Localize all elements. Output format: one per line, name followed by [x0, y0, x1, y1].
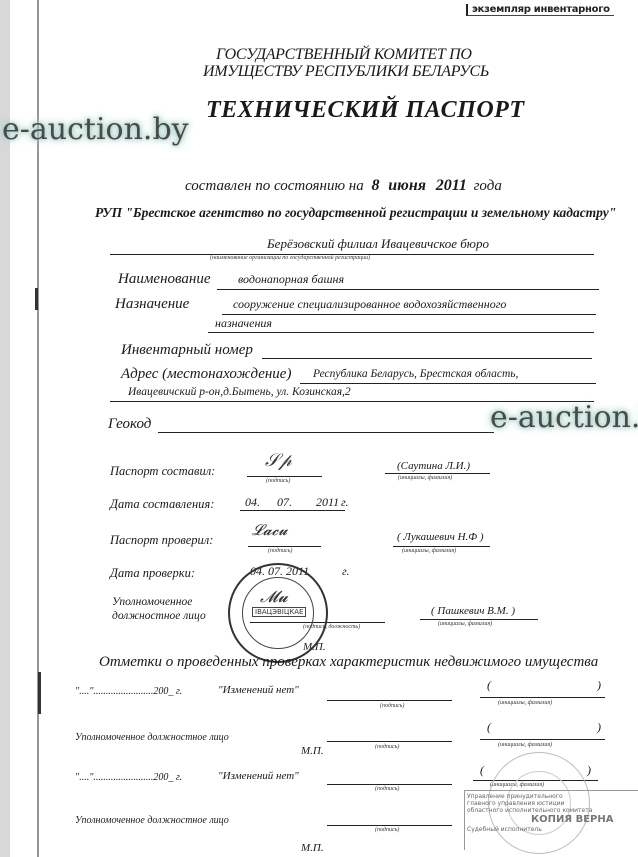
check-row-note: "Изменений нет" [218, 684, 299, 696]
name-underline [217, 289, 599, 290]
geocode-field [158, 432, 494, 433]
authorized-label-line1: Уполномоченное [112, 596, 192, 608]
check-row-name-caption: (инициалы, фамилия) [498, 700, 552, 706]
checked-by-name-caption: (инициалы, фамилия) [402, 548, 456, 554]
binding-mark [35, 288, 38, 310]
address-value-line1: Республика Беларусь, Брестская область, [313, 368, 518, 380]
checked-by-label: Паспорт проверил: [110, 533, 213, 548]
copy-certified-stamp: Управление принудительного главного упра… [464, 790, 638, 850]
document-title: ТЕХНИЧЕСКИЙ ПАСПОРТ [206, 97, 525, 124]
check-row-authorized-label: Уполномоченное должностное лицо [75, 815, 229, 826]
compiled-by-sig-line [247, 476, 322, 477]
address-underline-1 [300, 383, 596, 384]
geocode-label: Геокод [108, 416, 151, 433]
committee-line-2: ИМУЩЕСТВУ РЕСПУБЛИКИ БЕЛАРУСЬ [203, 63, 489, 81]
purpose-value-line1: сооружение специализированное водохозяйс… [233, 297, 506, 312]
check-row-name-line [480, 739, 605, 740]
open-paren: ( [487, 720, 491, 735]
inventory-number-field [262, 358, 592, 359]
checked-by-sig-caption: (подпись) [268, 548, 292, 554]
corner-stamp-line2: главного управления юстиции [467, 800, 638, 807]
watermark-logo: e-auction.by [2, 112, 189, 147]
compiled-date-month: 07. [277, 495, 292, 510]
check-row-sig-caption: (подпись) [375, 786, 399, 792]
check-date-label: Дата проверки: [110, 566, 195, 581]
inventory-copy-stamp: экземпляр инвентарного [466, 4, 614, 16]
checks-section-title: Отметки о проведенных проверках характер… [99, 654, 598, 671]
binding-mark [38, 672, 41, 714]
checked-by-sig-line [248, 546, 321, 547]
inventory-number-label: Инвентарный номер [121, 342, 253, 359]
compiled-day: 8 [372, 177, 380, 194]
close-paren: ) [587, 763, 591, 778]
purpose-underline-2 [208, 332, 594, 333]
purpose-label: Назначение [115, 296, 189, 313]
compiled-month: июня [388, 177, 426, 194]
seal-center-text: ІВАЦЭВІЦКАЕ [252, 607, 306, 617]
compiled-by-signature: 𝒮𝓅 [265, 450, 292, 471]
purpose-underline-1 [222, 314, 596, 315]
compiled-by-label: Паспорт составил: [110, 464, 215, 479]
check-row-seal-mark: М.П. [301, 842, 324, 854]
compiled-by-name-caption: (инициалы, фамилия) [398, 475, 452, 481]
corner-stamp-copy-verified: КОПИЯ ВЕРНА [531, 814, 638, 826]
address-label: Адрес (местонахождение) [121, 366, 291, 383]
close-paren: ) [597, 720, 601, 735]
check-row-note: "Изменений нет" [218, 770, 299, 782]
check-row-sig-line [327, 825, 452, 826]
authorized-name-line [420, 619, 538, 620]
compiled-date-day: 04. [245, 495, 260, 510]
corner-stamp-line5: Судебный исполнитель [467, 826, 638, 833]
open-paren: ( [480, 763, 484, 778]
compiled-date-line [240, 510, 345, 511]
check-row-seal-mark: М.П. [301, 745, 324, 757]
check-row-name-caption: (инициалы, фамилия) [498, 742, 552, 748]
name-label: Наименование [118, 271, 211, 288]
branch-value: Берёзовский филиал Ивацевичское бюро [267, 236, 489, 252]
checked-by-name-line [393, 546, 490, 547]
official-seal: ІВАЦЭВІЦКАЕ 𝓜𝓾 [228, 563, 328, 663]
check-row-date: "...."........................200_ г. [75, 686, 182, 697]
authorized-name-caption: (инициалы, фамилия) [438, 621, 492, 627]
corner-stamp-line1: Управление принудительного [467, 793, 638, 800]
watermark-logo: e-auction.by [490, 400, 638, 435]
checked-by-name: ( Лукашевич Н.Ф ) [397, 531, 484, 543]
check-date-suffix: г. [342, 564, 350, 579]
compiled-year: 2011 [436, 177, 467, 194]
address-value-line2: Ивацевичский р-он,д.Бытень, ул. Козинска… [128, 386, 351, 398]
check-row-sig-line [327, 700, 452, 701]
close-paren: ) [597, 678, 601, 693]
corner-stamp-line3: областного исполнительного комитета [467, 807, 638, 814]
check-row-sig-caption: (подпись) [375, 827, 399, 833]
seal-signature: 𝓜𝓾 [260, 587, 288, 607]
compiled-date-label: Дата составления: [110, 497, 214, 512]
name-value: водонапорная башня [238, 272, 344, 287]
compiled-date-year: 2011 [316, 495, 339, 510]
purpose-value-line2: назначения [215, 316, 272, 331]
check-row-sig-line [327, 784, 452, 785]
check-row-sig-line [327, 741, 452, 742]
compiled-suffix: года [474, 178, 502, 194]
compiled-by-name: (Саутина Л.И.) [397, 460, 470, 472]
check-row-sig-caption: (подпись) [380, 703, 404, 709]
compiled-by-name-line [385, 473, 490, 474]
open-paren: ( [487, 678, 491, 693]
compiled-date-line: составлен по состоянию на 8 июня 2011 го… [185, 177, 502, 195]
authorized-label-line2: должностное лицо [112, 610, 206, 622]
branch-caption: (наименование организации по государстве… [210, 255, 370, 261]
compiled-by-sig-caption: (подпись) [266, 478, 290, 484]
authorized-name: ( Пашкевич В.М. ) [431, 605, 515, 617]
committee-line-1: ГОСУДАРСТВЕННЫЙ КОМИТЕТ ПО [216, 46, 472, 64]
compiled-date-suffix: г. [341, 495, 349, 510]
check-row-date: "...."........................200_ г. [75, 772, 182, 783]
check-row-sig-caption: (подпись) [375, 744, 399, 750]
check-row-authorized-label: Уполномоченное должностное лицо [75, 732, 229, 743]
organization-name: РУП "Брестское агентство по государствен… [95, 205, 616, 221]
document-page: экземпляр инвентарного ГОСУДАРСТВЕННЫЙ К… [10, 0, 638, 857]
checked-by-signature: 𝓛𝓪𝓬𝓾 [252, 521, 288, 539]
compiled-prefix: составлен по состоянию на [185, 178, 364, 194]
check-row-name-line [480, 697, 605, 698]
